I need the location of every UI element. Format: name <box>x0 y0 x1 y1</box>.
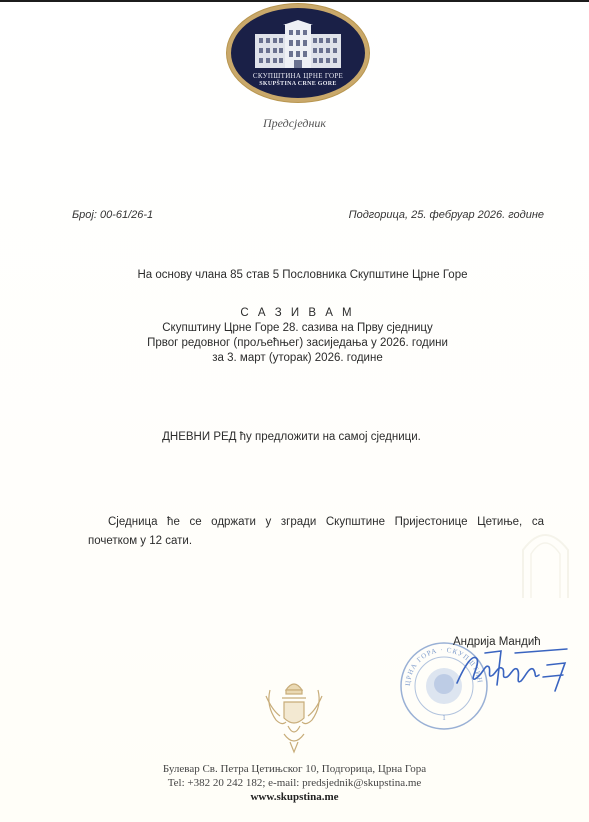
session-line: почетком у 12 сати. <box>88 532 544 551</box>
session-paragraph: Сједница ће се одржати у згради Скупштин… <box>88 513 544 551</box>
logo-oval: СКУПШТИНА ЦРНЕ ГОРЕ SKUPŠTINA CRNE GORE <box>231 8 365 98</box>
logo-text-cyrillic: СКУПШТИНА ЦРНЕ ГОРЕ <box>231 72 365 80</box>
footer-website-link[interactable]: www.skupstina.me <box>0 790 589 804</box>
footer-address: Булевар Св. Петра Цетињског 10, Подгориц… <box>0 762 589 776</box>
agenda-note: ДНЕВНИ РЕД ћу предложити на самој сједни… <box>0 430 586 445</box>
reference-number: Број: 00-61/26-1 <box>72 209 153 221</box>
handwritten-signature-icon <box>455 645 570 695</box>
watermark-arch-icon <box>518 520 573 600</box>
convocation-line: Првог редовног (прољећњег) засиједања у … <box>3 336 589 351</box>
footer-contact: Tel: +382 20 242 182; e-mail: predsjedni… <box>0 776 589 790</box>
coat-of-arms-icon <box>262 676 326 754</box>
convocation-line: Скупштину Црне Горе 28. сазива на Прву с… <box>3 321 589 336</box>
convocation-title: С А З И В А М <box>3 306 589 321</box>
svg-text:1: 1 <box>442 714 446 722</box>
convocation-block: С А З И В А М Скупштину Црне Горе 28. са… <box>3 306 589 366</box>
legal-basis: На основу члана 85 став 5 Пословника Ску… <box>8 268 589 283</box>
logo-text-latin: SKUPŠTINA CRNE GORE <box>231 81 365 87</box>
session-line: Сједница ће се одржати у згради Скупштин… <box>88 513 544 532</box>
office-title: Предсједник <box>0 116 589 131</box>
parliament-logo: СКУПШТИНА ЦРНЕ ГОРЕ SKUPŠTINA CRNE GORE <box>227 4 369 102</box>
place-and-date: Подгорица, 25. фебруар 2026. године <box>349 209 544 221</box>
convocation-line: за 3. март (уторак) 2026. године <box>3 351 589 366</box>
parliament-building-icon <box>255 20 341 68</box>
